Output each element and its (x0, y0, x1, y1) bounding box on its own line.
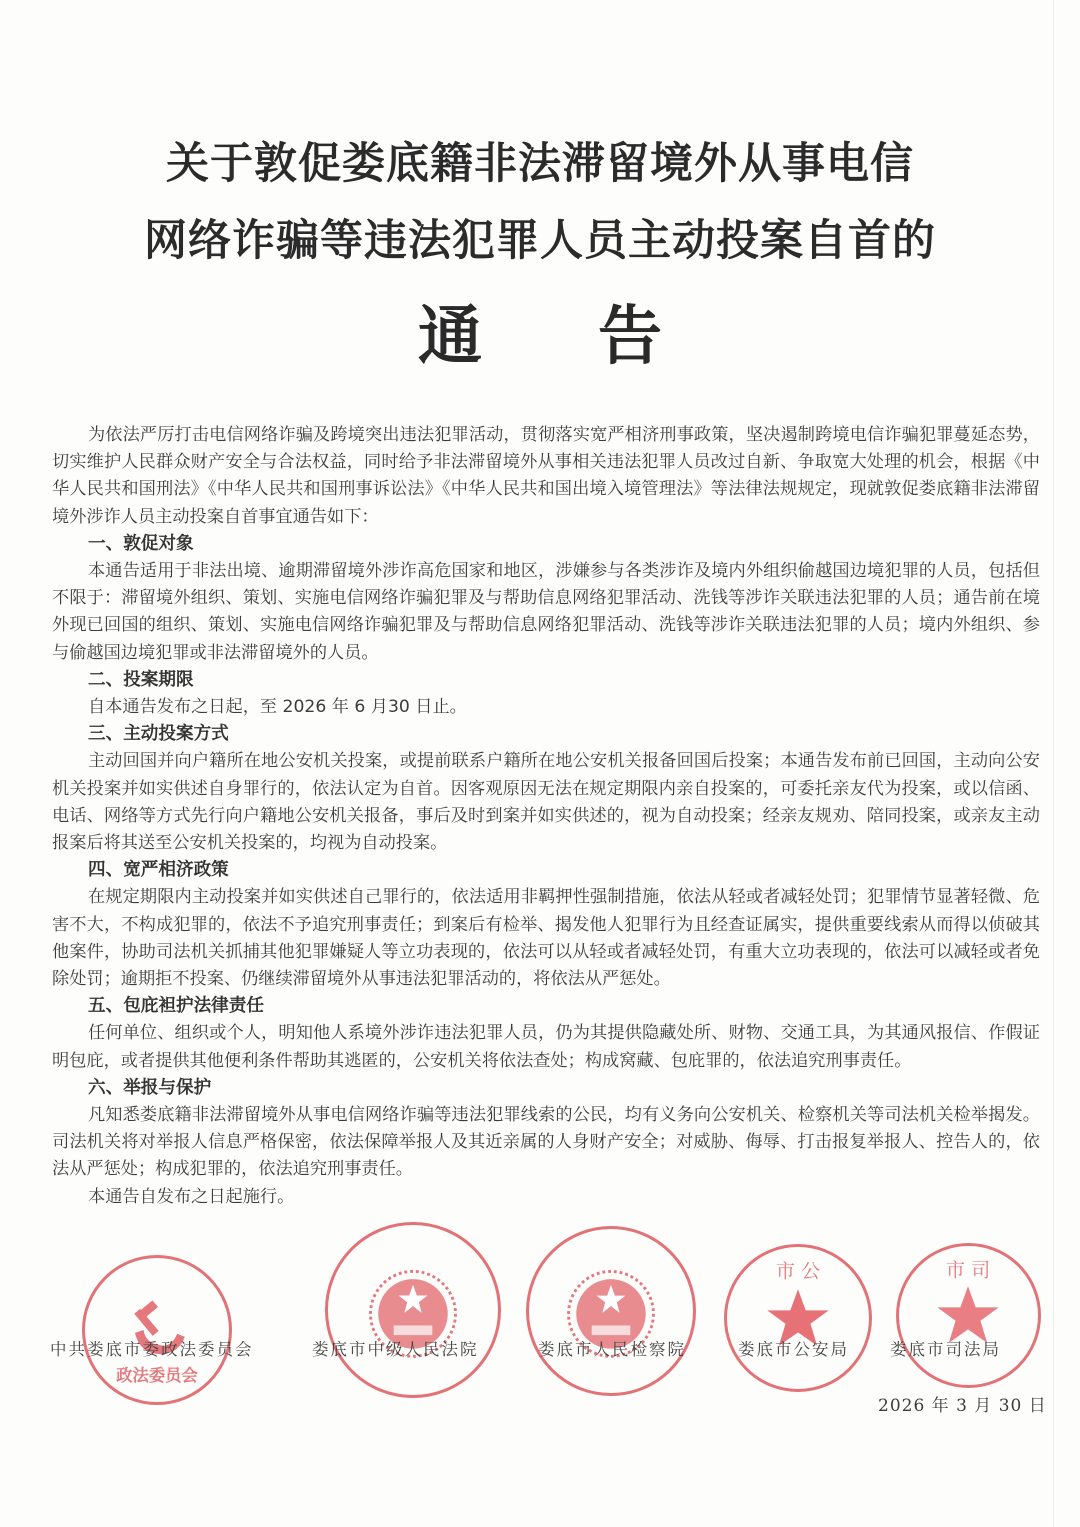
star-icon: 市 司 (899, 1246, 1038, 1385)
closing-statement: 本通告自发布之日起施行。 (52, 1184, 1040, 1211)
signer-justice-bureau: 娄底市司法局 (890, 1336, 1001, 1360)
stamp-justice-bureau: 市 司 (896, 1243, 1041, 1388)
section-heading-2: 二、投案期限 (52, 667, 1040, 694)
section-text-2: 自本通告发布之日起，至 2026 年 6 月30 日止。 (52, 694, 1040, 721)
section-heading-1: 一、敦促对象 (52, 531, 1040, 558)
svg-text:政法委员会: 政法委员会 (116, 1366, 198, 1385)
notice-heading: 通告 (0, 285, 1080, 377)
intro-paragraph: 为依法严厉打击电信网络诈骗及跨境突出违法犯罪活动，贯彻落实宽严相济刑事政策，坚决… (52, 422, 1040, 531)
svg-text:市 公: 市 公 (776, 1260, 820, 1283)
section-text-5: 任何单位、组织或个人，明知他人系境外涉诈违法犯罪人员，仍为其提供隐藏处所、财物、… (52, 1020, 1040, 1074)
section-text-4: 在规定期限内主动投案并如实供述自己罪行的，依法适用非羁押性强制措施，依法从轻或者… (52, 884, 1040, 993)
stamp-public-security-bureau: 市 公 (724, 1244, 872, 1392)
national-emblem-icon (328, 1225, 498, 1395)
signer-public-security-bureau: 娄底市公安局 (738, 1336, 849, 1360)
section-heading-4: 四、宽严相济政策 (52, 857, 1040, 884)
section-text-1: 本通告适用于非法出境、逾期滞留境外涉诈高危国家和地区，涉嫌参与各类涉诈及境内外组… (52, 558, 1040, 667)
stamp-intermediate-court (325, 1222, 501, 1398)
notice-char-2: 告 (598, 285, 662, 377)
title-line-1: 关于敦促娄底籍非法滞留境外从事电信 (0, 130, 1080, 191)
signer-political-legal-committee: 中共娄底市委政法委员会 (50, 1336, 254, 1360)
svg-text:市 司: 市 司 (946, 1259, 990, 1282)
signer-intermediate-court: 娄底市中级人民法院 (312, 1336, 479, 1360)
document-body: 为依法严厉打击电信网络诈骗及跨境突出违法犯罪活动，贯彻落实宽严相济刑事政策，坚决… (52, 422, 1040, 1211)
signer-procuratorate: 娄底市人民检察院 (538, 1336, 686, 1360)
section-heading-5: 五、包庇袒护法律责任 (52, 993, 1040, 1020)
national-emblem-icon (529, 1229, 693, 1393)
hammer-sickle-icon: 政法委员会 (85, 1258, 229, 1402)
section-heading-6: 六、举报与保护 (52, 1075, 1040, 1102)
section-heading-3: 三、主动投案方式 (52, 721, 1040, 748)
stamp-political-legal-committee: 政法委员会 (82, 1255, 232, 1405)
section-text-3: 主动回国并向户籍所在地公安机关投案，或提前联系户籍所在地公安机关报备回国后投案；… (52, 748, 1040, 857)
section-text-6: 凡知悉娄底籍非法滞留境外从事电信网络诈骗等违法犯罪线索的公民，均有义务向公安机关… (52, 1102, 1040, 1184)
notice-char-1: 通 (418, 285, 482, 377)
star-icon: 市 公 (727, 1247, 869, 1389)
issue-date: 2026 年 3 月 30 日 (878, 1391, 1047, 1416)
stamp-procuratorate (526, 1226, 696, 1396)
title-line-2: 网络诈骗等违法犯罪人员主动投案自首的 (0, 207, 1080, 268)
